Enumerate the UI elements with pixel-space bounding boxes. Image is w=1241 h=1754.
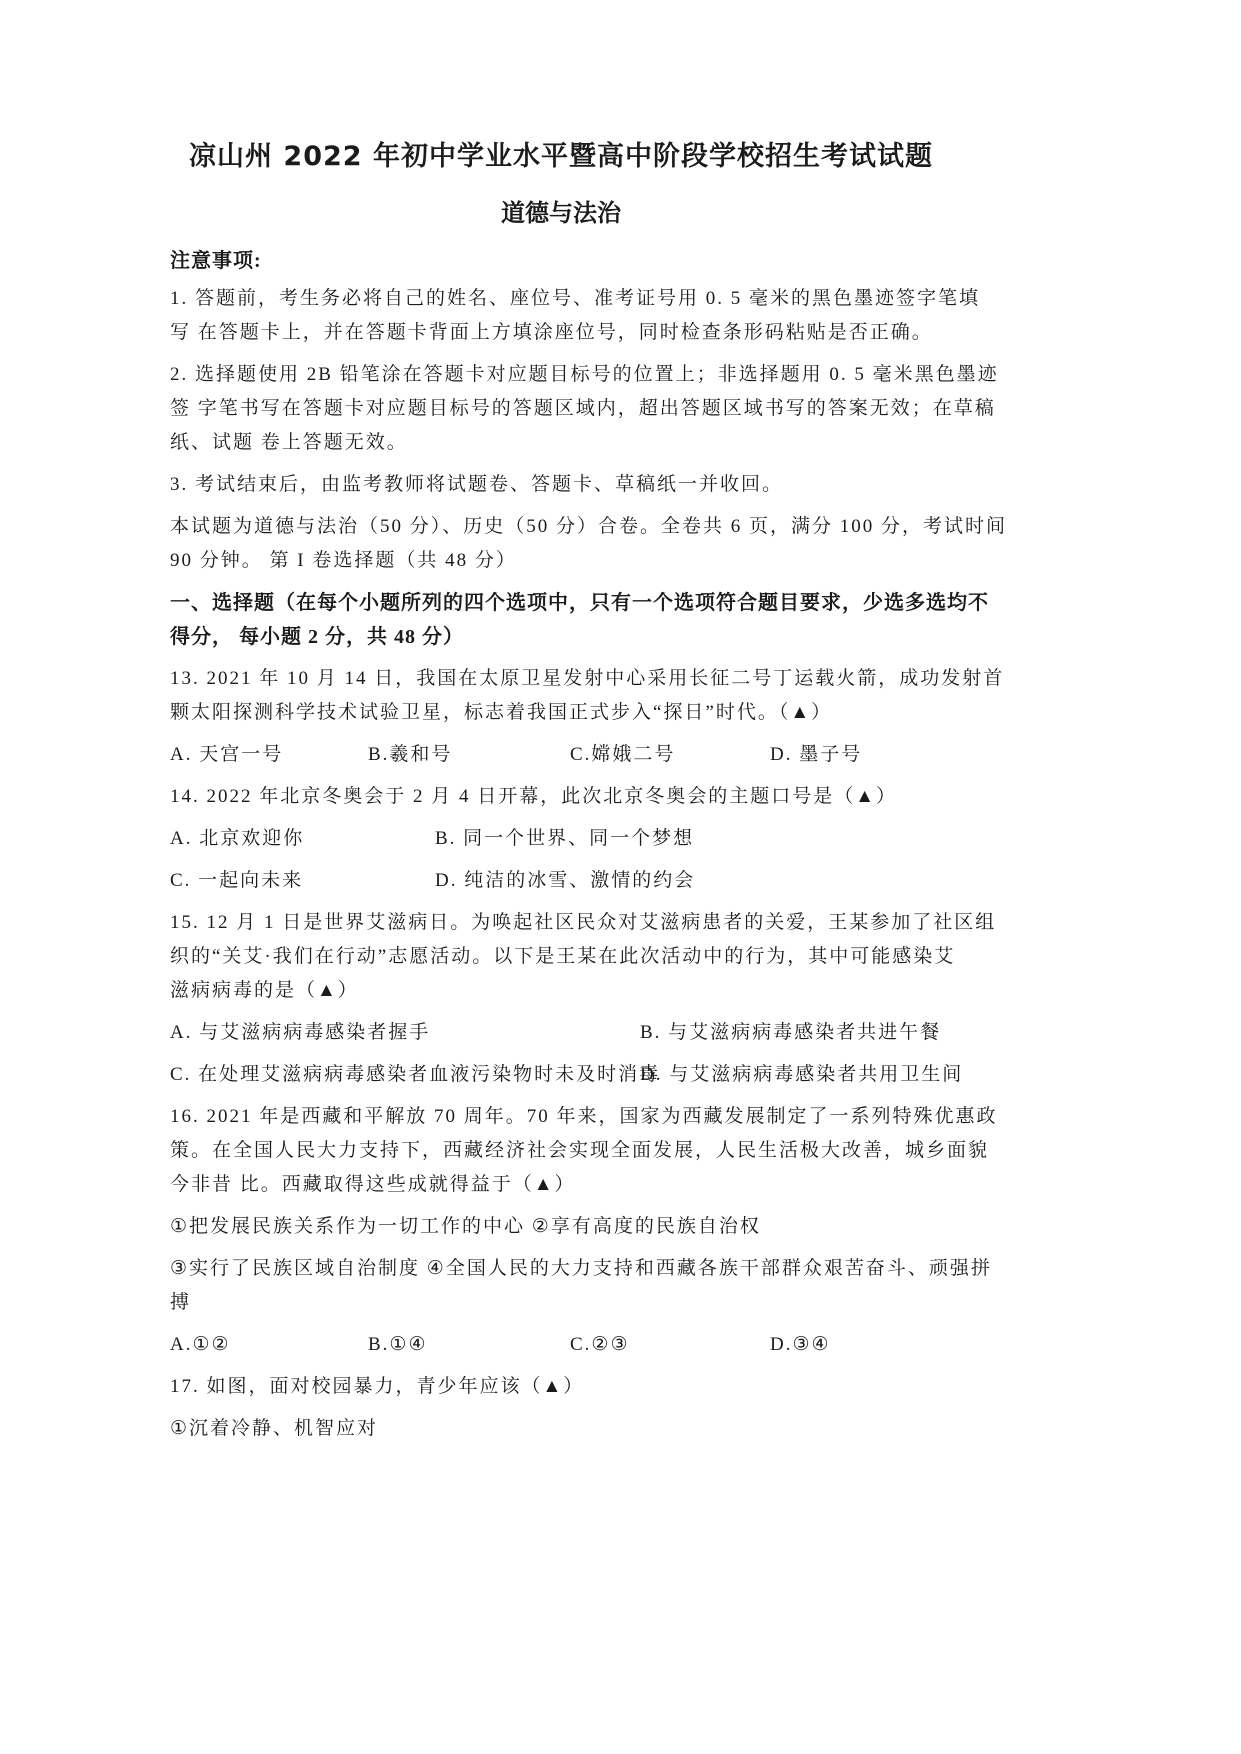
notice-item-3-line-1: 3. 考试结束后，由监考教师将试题卷、答题卡、草稿纸一并收回。 <box>170 468 952 502</box>
question-14-option-c: C. 一起向未来 <box>170 864 303 898</box>
question-16-option-c: C.②③ <box>570 1328 630 1362</box>
question-13-option-b: B.羲和号 <box>368 738 452 772</box>
notice-item-2-line-2: 签 字笔书写在答题卡对应题目标号的答题区域内，超出答题区域书写的答案无效；在草稿 <box>170 392 952 426</box>
notice-item-1-line-2: 写 在答题卡上，并在答题卡背面上方填涂座位号，同时检查条形码粘贴是否正确。 <box>170 316 952 350</box>
exam-info-line-2: 90 分钟。 第 I 卷选择题（共 48 分） <box>170 544 952 578</box>
question-15-stem-line-1: 15. 12 月 1 日是世界艾滋病日。为唤起社区民众对艾滋病患者的关爱，王某参… <box>170 906 952 940</box>
question-13-stem: 13. 2021 年 10 月 14 日，我国在太原卫星发射中心采用长征二号丁运… <box>170 662 952 730</box>
section-1-heading-line-1: 一、选择题（在每个小题所列的四个选项中，只有一个选项符合题目要求，少选多选均不 <box>170 586 952 620</box>
question-14-stem-line-1: 14. 2022 年北京冬奥会于 2 月 4 日开幕，此次北京冬奥会的主题口号是… <box>170 780 952 814</box>
question-15-stem-line-2: 织的“关艾·我们在行动”志愿活动。以下是王某在此次活动中的行为，其中可能感染艾 <box>170 940 952 974</box>
question-16-stem-line-1: 16. 2021 年是西藏和平解放 70 周年。70 年来，国家为西藏发展制定了… <box>170 1100 952 1134</box>
notice-item-2: 2. 选择题使用 2B 铅笔涂在答题卡对应题目标号的位置上；非选择题用 0. 5… <box>170 358 952 460</box>
question-16-option-a: A.①② <box>170 1328 231 1362</box>
question-15-option-d: D. 与艾滋病病毒感染者共用卫生间 <box>640 1058 963 1092</box>
question-14-option-d: D. 纯洁的冰雪、激情的约会 <box>435 864 695 898</box>
notice-item-1: 1. 答题前，考生务必将自己的姓名、座位号、准考证号用 0. 5 毫米的黑色墨迹… <box>170 282 952 350</box>
question-16-statements-1: ①把发展民族关系作为一切工作的中心 ②享有高度的民族自治权 <box>170 1210 952 1244</box>
section-1-heading-line-2: 得分， 每小题 2 分，共 48 分） <box>170 620 952 654</box>
question-16-stem-line-2: 策。在全国人民大力支持下，西藏经济社会实现全面发展，人民生活极大改善，城乡面貌 <box>170 1134 952 1168</box>
exam-info: 本试题为道德与法治（50 分）、历史（50 分）合卷。全卷共 6 页，满分 10… <box>170 510 952 578</box>
question-16-option-b: B.①④ <box>368 1328 428 1362</box>
question-13-stem-line-1: 13. 2021 年 10 月 14 日，我国在太原卫星发射中心采用长征二号丁运… <box>170 662 952 696</box>
notice-item-2-line-1: 2. 选择题使用 2B 铅笔涂在答题卡对应题目标号的位置上；非选择题用 0. 5… <box>170 358 952 392</box>
document-title: 凉山州 2022 年初中学业水平暨高中阶段学校招生考试试题 <box>170 140 952 174</box>
question-13-stem-line-2: 颗太阳探测科学技术试验卫星，标志着我国正式步入“探日”时代。（▲） <box>170 696 952 730</box>
exam-info-line-1: 本试题为道德与法治（50 分）、历史（50 分）合卷。全卷共 6 页，满分 10… <box>170 510 952 544</box>
question-15-stem-line-3: 滋病病毒的是（▲） <box>170 974 952 1008</box>
question-13-option-a: A. 天宫一号 <box>170 738 283 772</box>
notice-item-2-line-3: 纸、试题 卷上答题无效。 <box>170 426 952 460</box>
question-15-options-row-1: A. 与艾滋病病毒感染者握手 B. 与艾滋病病毒感染者共进午餐 <box>170 1016 952 1050</box>
question-14-options-row-2: C. 一起向未来 D. 纯洁的冰雪、激情的约会 <box>170 864 952 898</box>
section-1-heading: 一、选择题（在每个小题所列的四个选项中，只有一个选项符合题目要求，少选多选均不 … <box>170 586 952 654</box>
notice-item-3: 3. 考试结束后，由监考教师将试题卷、答题卡、草稿纸一并收回。 <box>170 468 952 502</box>
question-16-stem: 16. 2021 年是西藏和平解放 70 周年。70 年来，国家为西藏发展制定了… <box>170 1100 952 1202</box>
exam-paper-page: 凉山州 2022 年初中学业水平暨高中阶段学校招生考试试题 道德与法治 注意事项… <box>0 0 1241 1754</box>
question-14-option-b: B. 同一个世界、同一个梦想 <box>435 822 694 856</box>
question-13-options: A. 天宫一号 B.羲和号 C.嫦娥二号 D. 墨子号 <box>170 738 952 772</box>
question-17-statements-1: ①沉着冷静、机智应对 <box>170 1412 952 1446</box>
question-15-stem: 15. 12 月 1 日是世界艾滋病日。为唤起社区民众对艾滋病患者的关爱，王某参… <box>170 906 952 1008</box>
question-14-options-row-1: A. 北京欢迎你 B. 同一个世界、同一个梦想 <box>170 822 952 856</box>
question-15-option-a: A. 与艾滋病病毒感染者握手 <box>170 1016 430 1050</box>
question-15-option-c: C. 在处理艾滋病病毒感染者血液污染物时未及时消毒 <box>170 1058 660 1092</box>
question-16-statements-line-2: ③实行了民族区域自治制度 ④全国人民的大力支持和西藏各族干部群众艰苦奋斗、顽强拼 <box>170 1252 952 1286</box>
question-16-options: A.①② B.①④ C.②③ D.③④ <box>170 1328 952 1362</box>
question-17-stem: 17. 如图，面对校园暴力，青少年应该（▲） <box>170 1370 952 1404</box>
question-17-statements-line-1: ①沉着冷静、机智应对 <box>170 1412 952 1446</box>
notice-item-1-line-1: 1. 答题前，考生务必将自己的姓名、座位号、准考证号用 0. 5 毫米的黑色墨迹… <box>170 282 952 316</box>
question-16-stem-line-3: 今非昔 比。西藏取得这些成就得益于（▲） <box>170 1168 952 1202</box>
question-16-statements-line-3: 搏 <box>170 1286 952 1320</box>
question-17-stem-line-1: 17. 如图，面对校园暴力，青少年应该（▲） <box>170 1370 952 1404</box>
question-16-statements-2: ③实行了民族区域自治制度 ④全国人民的大力支持和西藏各族干部群众艰苦奋斗、顽强拼… <box>170 1252 952 1320</box>
question-13-option-c: C.嫦娥二号 <box>570 738 675 772</box>
question-14-stem: 14. 2022 年北京冬奥会于 2 月 4 日开幕，此次北京冬奥会的主题口号是… <box>170 780 952 814</box>
document-subtitle: 道德与法治 <box>170 198 952 228</box>
page-content: 凉山州 2022 年初中学业水平暨高中阶段学校招生考试试题 道德与法治 注意事项… <box>170 140 952 1454</box>
question-16-option-d: D.③④ <box>770 1328 831 1362</box>
notice-heading: 注意事项: <box>170 248 952 274</box>
question-14-option-a: A. 北京欢迎你 <box>170 822 304 856</box>
question-15-option-b: B. 与艾滋病病毒感染者共进午餐 <box>640 1016 941 1050</box>
question-15-options-row-2: C. 在处理艾滋病病毒感染者血液污染物时未及时消毒 D. 与艾滋病病毒感染者共用… <box>170 1058 952 1092</box>
question-16-statements-line-1: ①把发展民族关系作为一切工作的中心 ②享有高度的民族自治权 <box>170 1210 952 1244</box>
question-13-option-d: D. 墨子号 <box>770 738 862 772</box>
